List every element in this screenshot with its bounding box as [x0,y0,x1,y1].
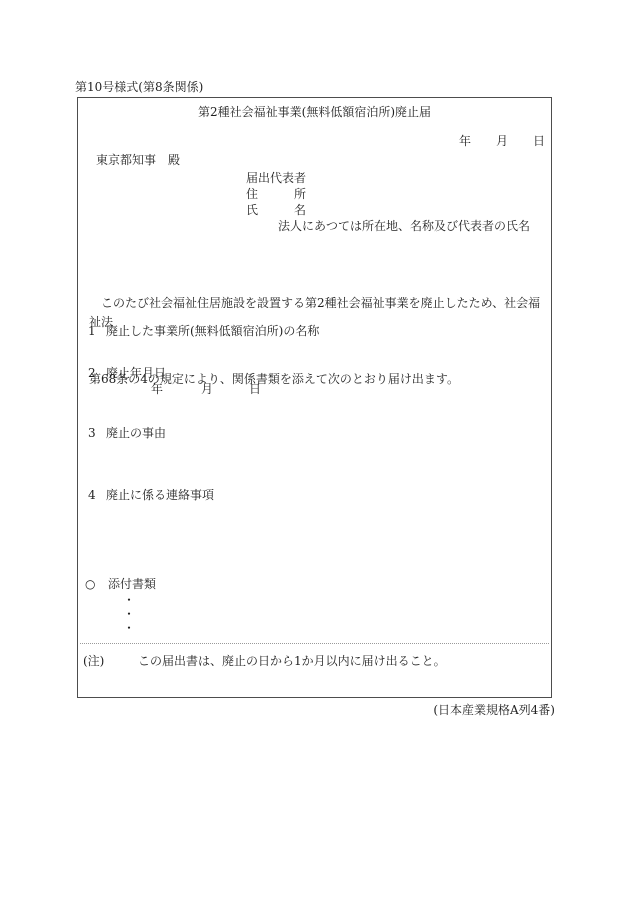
dotted-separator [80,643,549,644]
item-3-label: 廃止の事由 [106,426,166,441]
item-1-number: 1 [88,324,96,339]
attachment-bullet-2: ・ [123,607,135,622]
form-number-label: 第10号様式(第8条関係) [75,80,203,95]
item-4-number: 4 [88,488,96,503]
attachments-label: 添付書類 [108,577,156,592]
note-prefix: (注) [83,654,104,669]
header-day-label: 日 [533,134,545,149]
item-2-year-label: 年 [151,382,163,397]
paper-size-label: (日本産業規格A列4番) [433,703,555,718]
circle-marker: ○ [85,577,95,592]
corporation-note: 法人にあつては所在地、名称及び代表者の氏名 [278,219,530,234]
note-text: この届出書は、廃止の日から1か月以内に届け出ること。 [138,654,446,669]
item-4-label: 廃止に係る連絡事項 [106,488,214,503]
form-title: 第2種社会福祉事業(無料低額宿泊所)廃止届 [78,105,551,120]
body-paragraph: このたび社会福祉住居施設を設置する第2種社会福祉事業を廃止したため、社会福祉法 … [89,256,551,427]
item-2-label: 廃止年月日 [106,366,166,381]
representative-address-label: 住 所 [246,187,306,202]
item-2-day-label: 日 [249,382,261,397]
item-2-number: 2 [88,366,96,381]
attachment-bullet-1: ・ [123,593,135,608]
header-month-label: 月 [496,134,508,149]
form-border-box: 第2種社会福祉事業(無料低額宿泊所)廃止届 年 月 日 東京都知事 殿 届出代表… [77,97,552,698]
representative-name-label: 氏 名 [246,203,306,218]
item-2-month-label: 月 [201,382,213,397]
representative-title: 届出代表者 [246,171,306,186]
item-1-label: 廃止した事業所(無料低額宿泊所)の名称 [106,324,319,339]
item-3-number: 3 [88,426,96,441]
attachment-bullet-3: ・ [123,621,135,636]
header-date-line: 年 月 日 [459,134,545,149]
header-year-label: 年 [459,134,471,149]
addressee-label: 東京都知事 殿 [96,153,180,168]
document-page: 第10号様式(第8条関係) 第2種社会福祉事業(無料低額宿泊所)廃止届 年 月 … [0,0,630,903]
